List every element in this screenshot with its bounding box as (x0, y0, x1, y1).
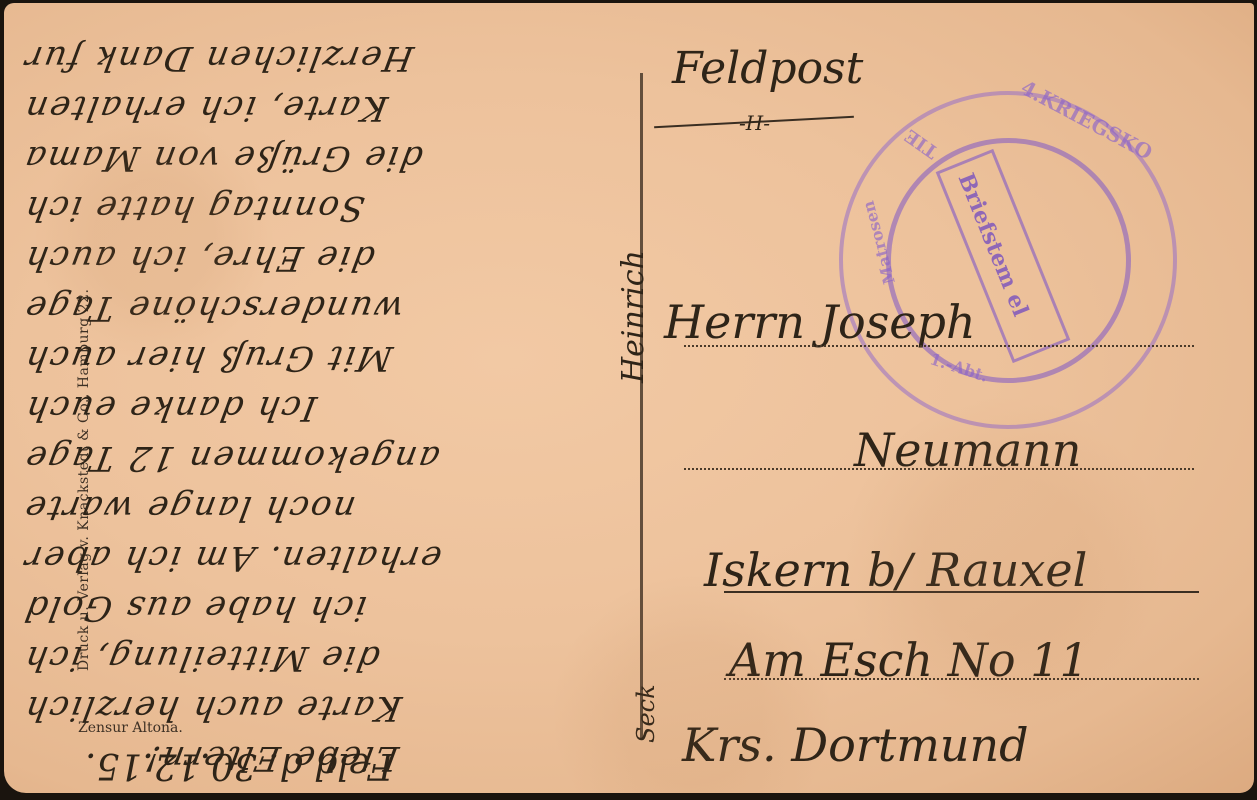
address-line-1: Herrn Joseph (664, 295, 976, 349)
message-line: die Mitteilung, ich (20, 638, 383, 678)
message-line: angekommen 12 Tage (20, 438, 442, 478)
postcard: Druck u. Verlag v. Knackstedt & Co., Ham… (4, 3, 1254, 793)
address-rule-3 (724, 591, 1199, 593)
signature-short: Seck (632, 684, 660, 743)
address-line-3: Iskern b/ Rauxel (704, 543, 1087, 597)
date-line: Feld d. 30.12.15. (34, 745, 444, 786)
message-line: Karte auch herzlich (20, 688, 404, 728)
handwritten-message: Herzlichen Dank fur Karte, ich erhalten … (24, 13, 634, 793)
address-rule-4 (724, 678, 1199, 680)
address-rule-1 (684, 345, 1194, 347)
signature: Heinrich (616, 250, 651, 383)
message-line: Herzlichen Dank fur (20, 38, 416, 78)
message-line: Mit Gruß hier auch (20, 338, 395, 378)
divider-line (640, 73, 643, 738)
message-line: die Grüße von Mama (20, 138, 426, 178)
message-line: noch lange warte (20, 488, 358, 528)
address-line-5: Krs. Dortmund (682, 718, 1029, 772)
address-rule-2 (684, 468, 1194, 470)
message-line: Karte, ich erhalten (20, 88, 390, 128)
message-line: Sonntag hatte ich (20, 188, 367, 228)
message-line: erhalten. Am ich aber (20, 538, 444, 578)
message-line: Ich danke euch (20, 388, 319, 428)
feldpost-mark: -H- (739, 111, 770, 135)
message-line: ich habe aus Gold (20, 588, 369, 628)
message-line: die Ehre, ich auch (20, 238, 377, 278)
message-line: wunderschöne Tage (20, 288, 406, 328)
feldpost-label: Feldpost (672, 43, 863, 94)
